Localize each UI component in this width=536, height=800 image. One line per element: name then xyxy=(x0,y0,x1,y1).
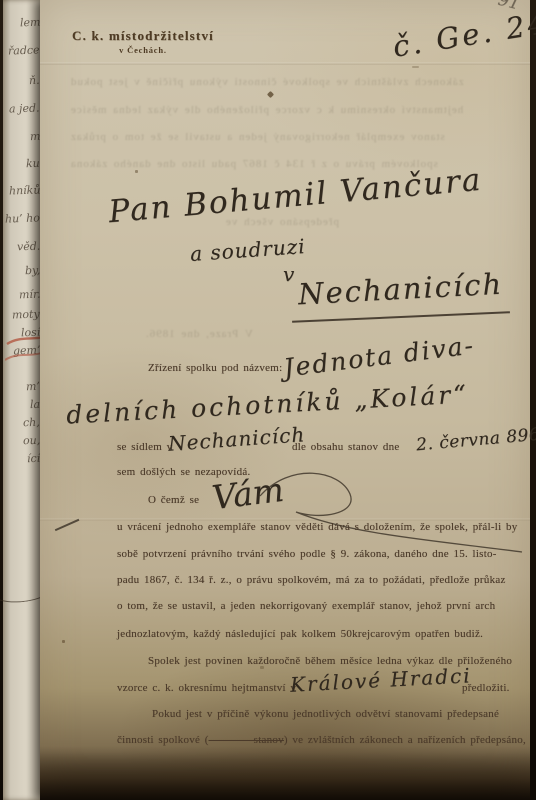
office-stamp-line2: v Čechách. xyxy=(68,45,218,55)
margin-handwriting-fragment: ou, xyxy=(23,434,41,448)
office-stamp-line1: C. k. místodržitelství xyxy=(68,28,218,44)
body-segment: ) ve zvláštních zákonech a nařízeních př… xyxy=(284,734,526,746)
margin-handwriting-fragment: ku xyxy=(26,157,40,170)
fold-crease xyxy=(40,62,530,65)
body-line: o tom, že se ustavil, a jeden nekorrigov… xyxy=(117,600,495,612)
body-line: jednozlatovým, každý následující pak kol… xyxy=(117,628,483,640)
paper-speck xyxy=(135,170,138,173)
previous-page-edge: lem řadce ň. a jed. m ku hníků hu’ ho vě… xyxy=(3,0,45,800)
bleed-through-line: spolkovém právu o z ř 134 č 1867 padu li… xyxy=(70,158,438,170)
address-place: Nechanicích xyxy=(297,267,504,312)
notice-label: O čemž se xyxy=(148,494,199,506)
office-stamp: C. k. místodržitelství v Čechách. xyxy=(68,28,218,55)
body-line: Pokud jest v příčině výkonu jednotlivých… xyxy=(152,708,499,720)
margin-handwriting-fragment: by, xyxy=(24,264,40,278)
body-line: u vrácení jednoho exempláře stanov vědět… xyxy=(117,521,518,533)
paper-speck xyxy=(62,640,65,643)
address-preposition: v xyxy=(283,262,295,286)
margin-handwriting-fragment: ň. xyxy=(29,74,40,87)
margin-handwriting-fragment: losí xyxy=(20,326,40,340)
bleed-through-line: stanov exemplář nekorrigovaný jeden a us… xyxy=(70,131,445,143)
margin-handwriting-fragment: hu’ ho xyxy=(5,211,40,225)
address-underline xyxy=(292,311,510,322)
body-line: vzorce c. k. okresnímu hejtmanství v xyxy=(117,682,296,694)
margin-handwriting-fragment: ící xyxy=(27,452,41,465)
page-bottom-shadow xyxy=(40,746,530,800)
notice-recipient-hand: Vám xyxy=(210,470,286,517)
statutes-date-hand: 2. června 896 xyxy=(415,425,536,456)
body-segment: činnosti spolkové ( xyxy=(117,734,209,746)
margin-handwriting-fragment: m xyxy=(29,130,40,143)
margin-handwriting-fragment: gem’ xyxy=(12,344,40,358)
seat-label: se sídlem v xyxy=(117,441,172,453)
form-title-label: Zřízení spolku pod názvem: xyxy=(148,362,282,374)
document-page: zákonech zvláštních ve spolkové činnosti… xyxy=(40,0,530,800)
body-line: padu 1867, č. 134 ř. z., o právu spolkov… xyxy=(117,574,506,586)
margin-handwriting-fragment: m’ xyxy=(26,380,40,393)
margin-handwriting-fragment: věd. xyxy=(17,240,41,254)
margin-handwriting-fragment: ch, xyxy=(23,416,40,430)
struck-word-stanov: ————stanov xyxy=(209,734,284,746)
paper-speck xyxy=(267,91,274,98)
authority-place-hand: Králové Hradci xyxy=(289,663,472,696)
paper-speck xyxy=(412,66,419,68)
bleed-through-line: hejtmanství okresnímu k c vzorce přilože… xyxy=(70,104,463,116)
association-name-hand-1: Jednota diva- xyxy=(282,330,476,382)
scanned-document-photo: lem řadce ň. a jed. m ku hníků hu’ ho vě… xyxy=(0,0,536,800)
margin-handwriting-fragment: a jed. xyxy=(9,101,40,115)
margin-handwriting-fragment: lem xyxy=(19,16,40,30)
margin-handwriting-fragment: řadce xyxy=(8,43,40,57)
statutes-date-label: dle obsahu stanov dne xyxy=(292,441,400,453)
body-line: sobě potvrzení právního trvání svého pod… xyxy=(117,548,497,560)
association-name-hand-2: delních ochotníků „Kolár“ xyxy=(66,379,470,429)
margin-handwriting-fragment: hníků xyxy=(8,183,40,197)
body-line-with-strike: činnosti spolkové (————stanov) ve zvlášt… xyxy=(117,734,526,746)
body-line: předložiti. xyxy=(462,682,510,694)
margin-handwriting-fragment: moty xyxy=(12,308,40,322)
margin-handwriting-fragment: mír. xyxy=(18,288,40,302)
bleed-through-place-date: V Praze, dne 1896. xyxy=(145,328,253,340)
seat-place-hand: Nechanicích xyxy=(167,422,306,456)
bleed-through-line: zákonech zvláštních ve spolkové činnosti… xyxy=(70,76,464,88)
margin-handwriting-fragment: la xyxy=(30,398,41,411)
